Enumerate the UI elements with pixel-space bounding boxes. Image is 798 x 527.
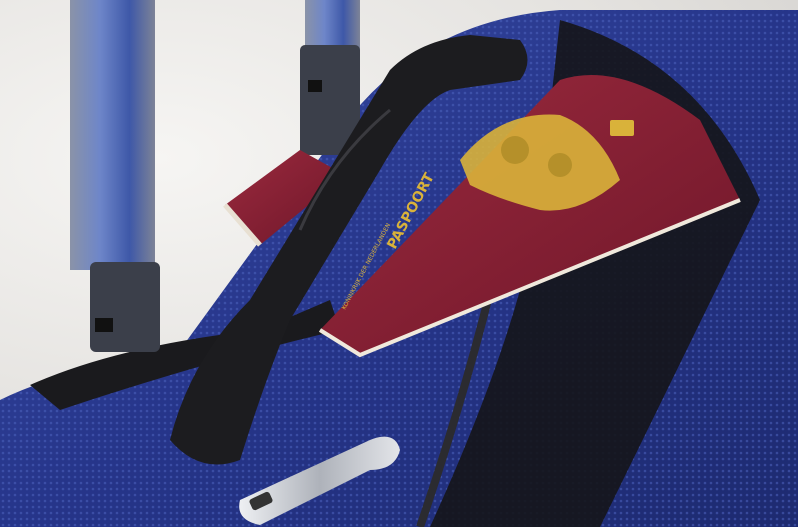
suitcase-passport-photo: PASPOORT KONINKRIJK DER NEDERLANDEN xyxy=(0,0,798,527)
photo-scene: PASPOORT KONINKRIJK DER NEDERLANDEN xyxy=(0,0,798,527)
